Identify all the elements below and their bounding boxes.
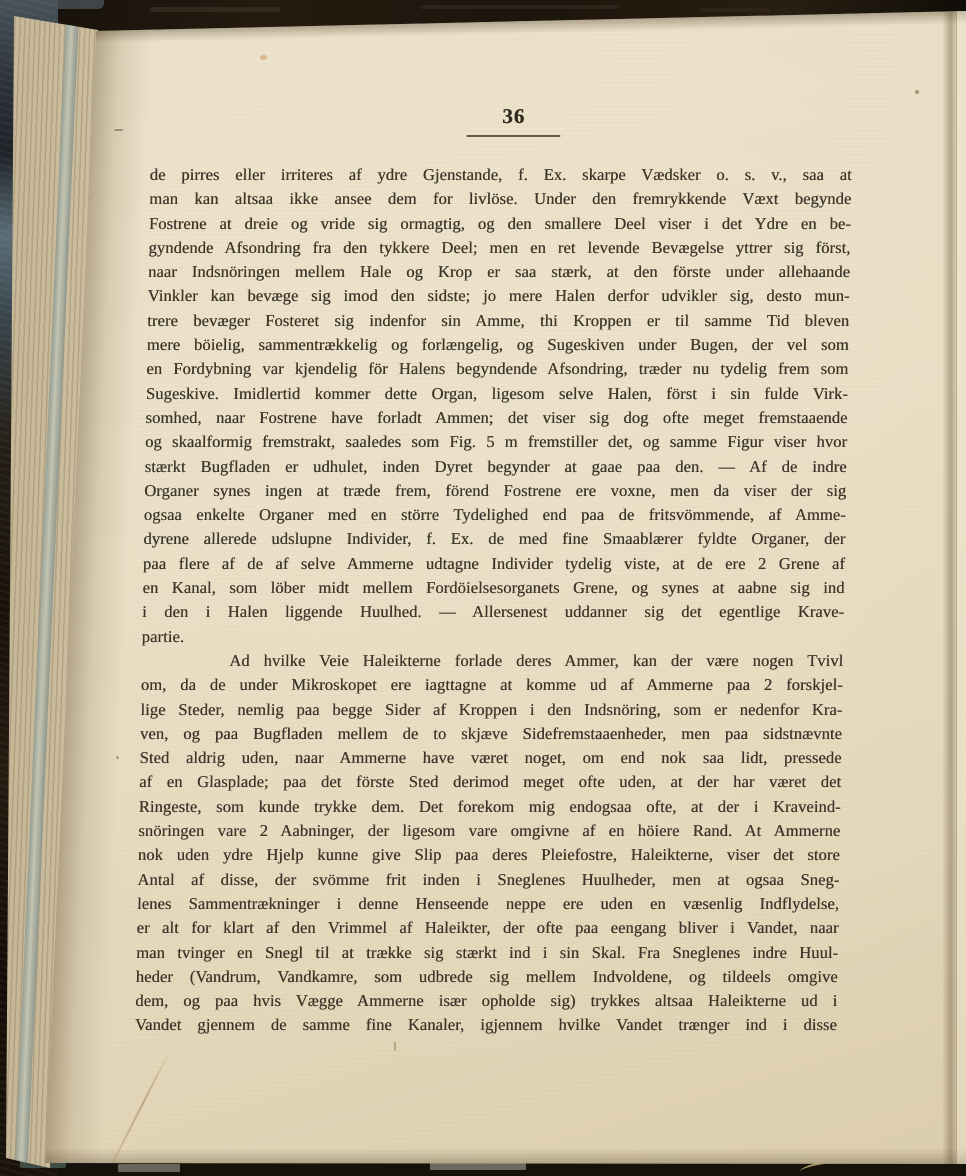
cover-bottom-mark — [430, 1163, 526, 1170]
text-line: naar Indsnöringen mellem Hale og Krop er… — [148, 260, 850, 284]
foxing-spot — [260, 55, 267, 60]
text-line: nok uden ydre Hjelp kunne give Slip paa … — [138, 843, 840, 867]
cover-streak — [150, 7, 280, 12]
text-line: man tvinger en Snegl til at trække sig s… — [136, 941, 838, 965]
text-line: gyndende Afsondring fra den tykkere Deel… — [148, 236, 850, 260]
text-line: Vandet gjennem de samme fine Kanaler, ig… — [135, 1013, 837, 1037]
text-line: er alt for klart af den Vrimmel af Halei… — [136, 916, 838, 940]
page-fold-shadow — [942, 0, 956, 1176]
text-line: trere bevæger Fosteret sig indenfor sin … — [147, 309, 849, 333]
book-page: 36 de pirres eller irriteres af ydre Gje… — [0, 0, 966, 1176]
text-line: partie. — [141, 625, 843, 649]
text-line: og skaalformig fremstrakt, saaledes som … — [145, 430, 847, 454]
text-line: snöringen vare 2 Aabninger, der ligesom … — [138, 819, 840, 843]
margin-mark — [114, 129, 123, 131]
foxing-spot — [915, 90, 919, 94]
text-line: heder (Vandrum, Vandkamre, som udbrede s… — [136, 965, 838, 989]
text-line: Vinkler kan bevæge sig imod den sidste; … — [147, 284, 849, 308]
text-line: om, da de under Mikroskopet ere iagttagn… — [141, 673, 843, 697]
text-line: en Kanal, som löber midt mellem Fordöiel… — [142, 576, 844, 600]
text-line: i den i Halen liggende Huulhed. — Allers… — [142, 600, 844, 624]
cover-bottom-mark — [118, 1164, 180, 1172]
text-line: lenes Sammentrækninger i denne Henseende… — [137, 892, 839, 916]
text-line: ven, og paa Bugfladen mellem de to skjæv… — [140, 722, 842, 746]
cover-streak — [700, 8, 770, 12]
text-line: de pirres eller irriteres af ydre Gjenst… — [150, 163, 852, 187]
text-line: Ad hvilke Veie Haleikterne forlade deres… — [141, 649, 843, 673]
text-line: dyrene allerede udslupne Individer, f. E… — [143, 527, 845, 551]
text-line: en Fordybning var kjendelig för Halens b… — [146, 357, 848, 381]
text-line: paa flere af de af selve Ammerne udtagne… — [143, 552, 845, 576]
margin-mark — [116, 756, 119, 759]
next-page-sliver — [956, 0, 966, 1176]
text-line: Sugeskive. Imidlertid kommer dette Organ… — [146, 382, 848, 406]
text-line: man kan altsaa ikke ansee dem for livlös… — [149, 187, 851, 211]
page-number-rule — [466, 135, 560, 137]
cover-streak — [420, 5, 620, 9]
page-text: de pirres eller irriteres af ydre Gjenst… — [135, 163, 852, 1038]
text-line: somhed, naar Fostrene have forladt Ammen… — [145, 406, 847, 430]
book-scan: 36 de pirres eller irriteres af ydre Gje… — [0, 0, 966, 1176]
text-line: Sted aldrig uden, naar Ammerne have være… — [139, 746, 841, 770]
page-content: 36 de pirres eller irriteres af ydre Gje… — [135, 104, 853, 1038]
cover-streak — [52, 0, 104, 9]
text-line: Fostrene at dreie og vride sig ormagtig,… — [149, 212, 851, 236]
text-line: lige Steder, nemlig paa begge Sider af K… — [140, 698, 842, 722]
text-line: Organer synes ingen at træde frem, fören… — [144, 479, 846, 503]
text-line: mere böielig, sammentrækkelig og forlæng… — [147, 333, 849, 357]
margin-mark — [394, 1042, 396, 1051]
text-line: stærkt Bugfladen er udhulet, inden Dyret… — [144, 455, 846, 479]
page-number: 36 — [163, 104, 865, 128]
text-line: dem, og paa hvis Vægge Ammerne især opho… — [135, 989, 837, 1013]
text-line: Ringeste, som kunde trykke dem. Det fore… — [139, 795, 841, 819]
text-line: ogsaa enkelte Organer med en större Tyde… — [144, 503, 846, 527]
page-bottom-edge-shadow — [0, 1146, 966, 1164]
text-line: af en Glasplade; paa det förste Sted der… — [139, 770, 841, 794]
text-line: Antal af disse, der svömme frit inden i … — [137, 868, 839, 892]
